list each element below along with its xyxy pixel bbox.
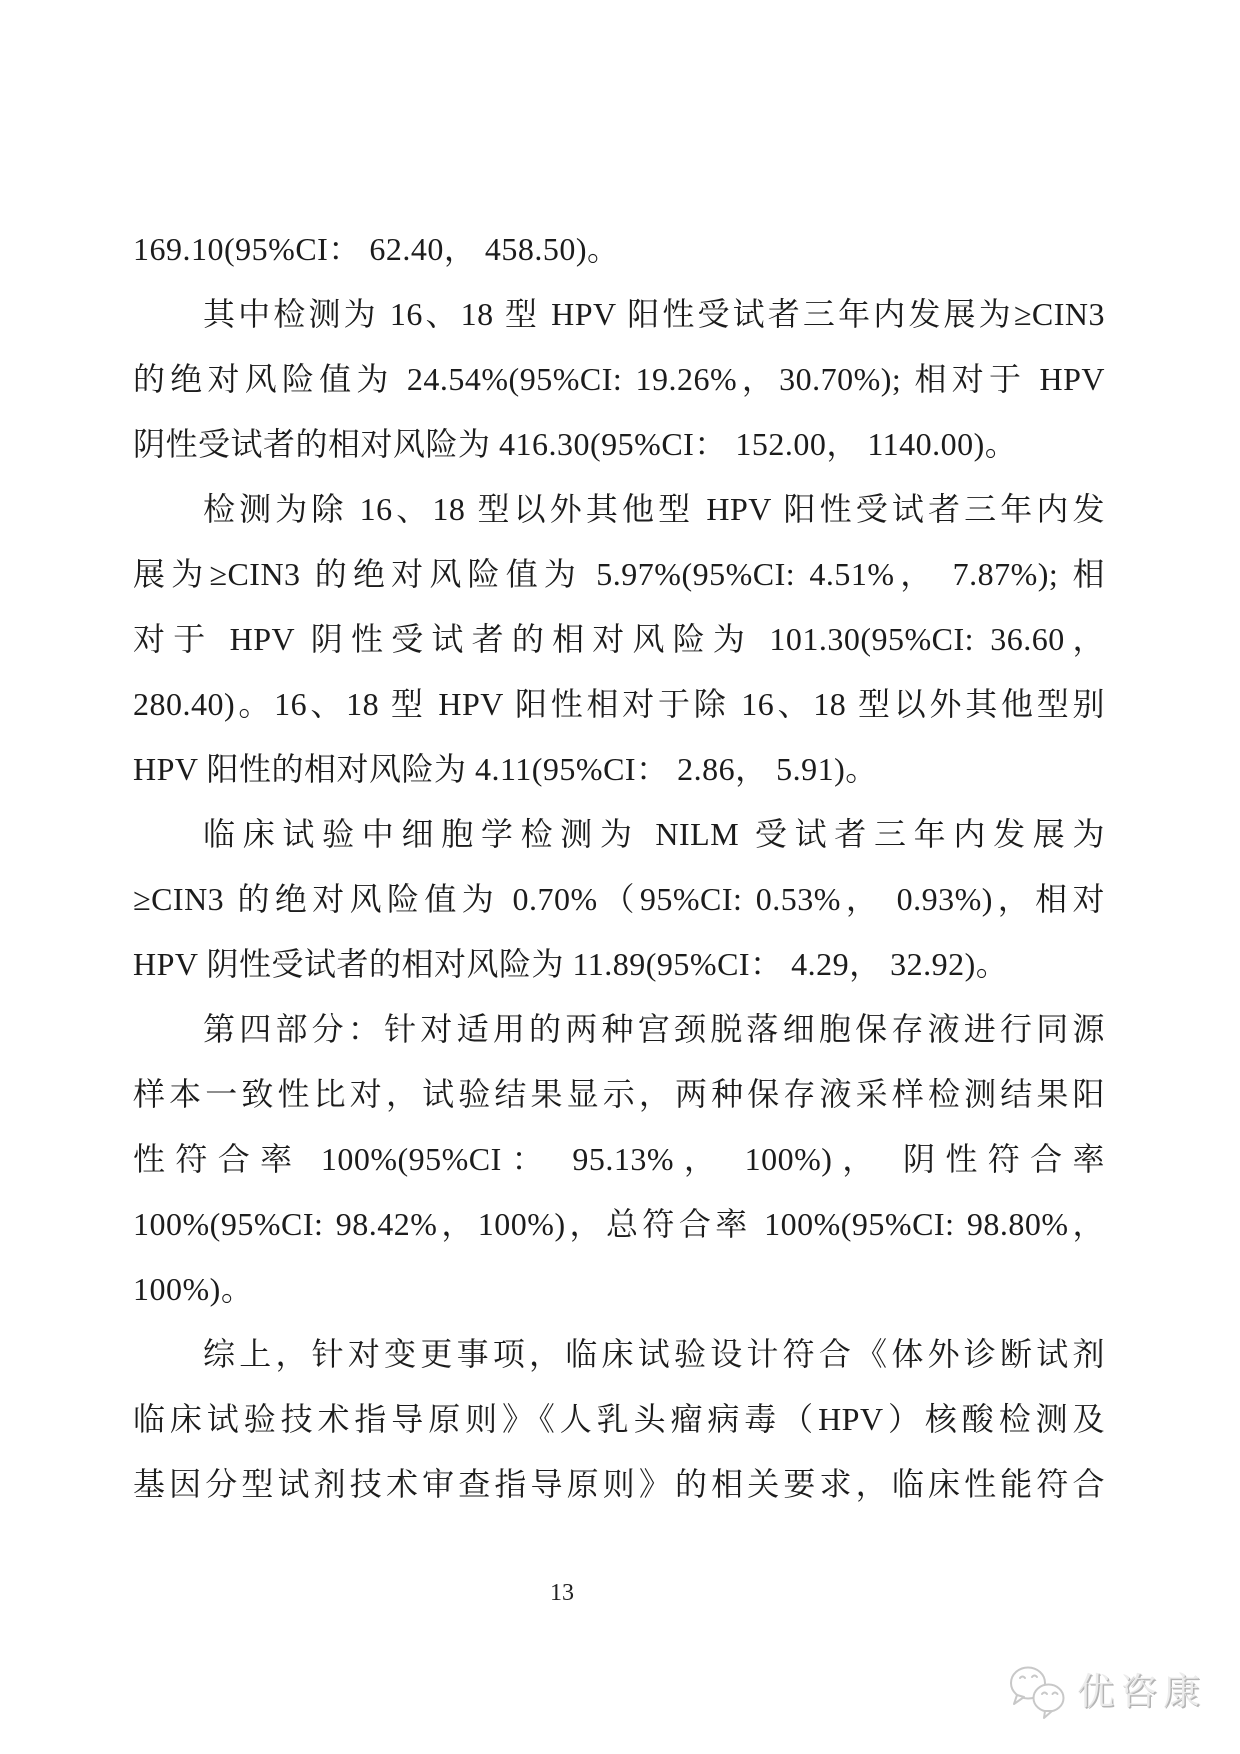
paragraph: 169.10(95%CI： 62.40， 458.50)。	[133, 217, 1105, 282]
text-line: 样本一致性比对，试验结果显示，两种保存液采样检测结果阳	[133, 1062, 1105, 1127]
text-line: HPV 阳性的相对风险为 4.11(95%CI： 2.86， 5.91)。	[133, 737, 1105, 802]
watermark-label: 优咨康	[1077, 1663, 1206, 1721]
text-line: 100%(95%CI: 98.42%，100%)，总符合率 100%(95%CI…	[133, 1192, 1105, 1257]
text-line: 的绝对风险值为 24.54%(95%CI: 19.26%，30.70%); 相对…	[133, 347, 1105, 412]
paragraph: 检测为除 16、18 型以外其他型 HPV 阳性受试者三年内发展为≥CIN3 的…	[133, 477, 1105, 802]
text-block: 169.10(95%CI： 62.40， 458.50)。其中检测为 16、18…	[133, 217, 1105, 1517]
text-line: 对于 HPV 阴性受试者的相对风险为 101.30(95%CI: 36.60，	[133, 607, 1105, 672]
document-page: 169.10(95%CI： 62.40， 458.50)。其中检测为 16、18…	[0, 0, 1240, 1754]
page-number: 13	[0, 1578, 1182, 1608]
paragraph: 其中检测为 16、18 型 HPV 阳性受试者三年内发展为≥CIN3的绝对风险值…	[133, 282, 1105, 477]
text-line: HPV 阴性受试者的相对风险为 11.89(95%CI： 4.29， 32.92…	[133, 932, 1105, 997]
text-line: 第四部分：针对适用的两种宫颈脱落细胞保存液进行同源	[133, 997, 1105, 1062]
text-line: 临床试验技术指导原则》《人乳头瘤病毒（HPV）核酸检测及	[133, 1387, 1105, 1452]
text-line: 280.40)。16、18 型 HPV 阳性相对于除 16、18 型以外其他型别	[133, 672, 1105, 737]
text-line: 阴性受试者的相对风险为 416.30(95%CI： 152.00， 1140.0…	[133, 412, 1105, 477]
paragraph: 综上，针对变更事项，临床试验设计符合《体外诊断试剂临床试验技术指导原则》《人乳头…	[133, 1322, 1105, 1517]
text-line: 展为≥CIN3 的绝对风险值为 5.97%(95%CI: 4.51%， 7.87…	[133, 542, 1105, 607]
watermark: 优咨康	[1007, 1663, 1206, 1721]
text-line: 100%)。	[133, 1257, 1105, 1322]
text-line: 临床试验中细胞学检测为 NILM 受试者三年内发展为	[133, 802, 1105, 867]
text-line: 性符合率 100%(95%CI： 95.13%， 100%)， 阴性符合率	[133, 1127, 1105, 1192]
text-line: 其中检测为 16、18 型 HPV 阳性受试者三年内发展为≥CIN3	[133, 282, 1105, 347]
paragraph: 临床试验中细胞学检测为 NILM 受试者三年内发展为≥CIN3 的绝对风险值为 …	[133, 802, 1105, 997]
wechat-chat-bubbles-icon	[1007, 1663, 1069, 1721]
paragraph: 第四部分：针对适用的两种宫颈脱落细胞保存液进行同源样本一致性比对，试验结果显示，…	[133, 997, 1105, 1322]
text-line: 综上，针对变更事项，临床试验设计符合《体外诊断试剂	[133, 1322, 1105, 1387]
text-line: ≥CIN3 的绝对风险值为 0.70%（95%CI: 0.53%， 0.93%)…	[133, 867, 1105, 932]
text-line: 检测为除 16、18 型以外其他型 HPV 阳性受试者三年内发	[133, 477, 1105, 542]
text-line: 169.10(95%CI： 62.40， 458.50)。	[133, 217, 1105, 282]
text-line: 基因分型试剂技术审查指导原则》的相关要求，临床性能符合	[133, 1452, 1105, 1517]
